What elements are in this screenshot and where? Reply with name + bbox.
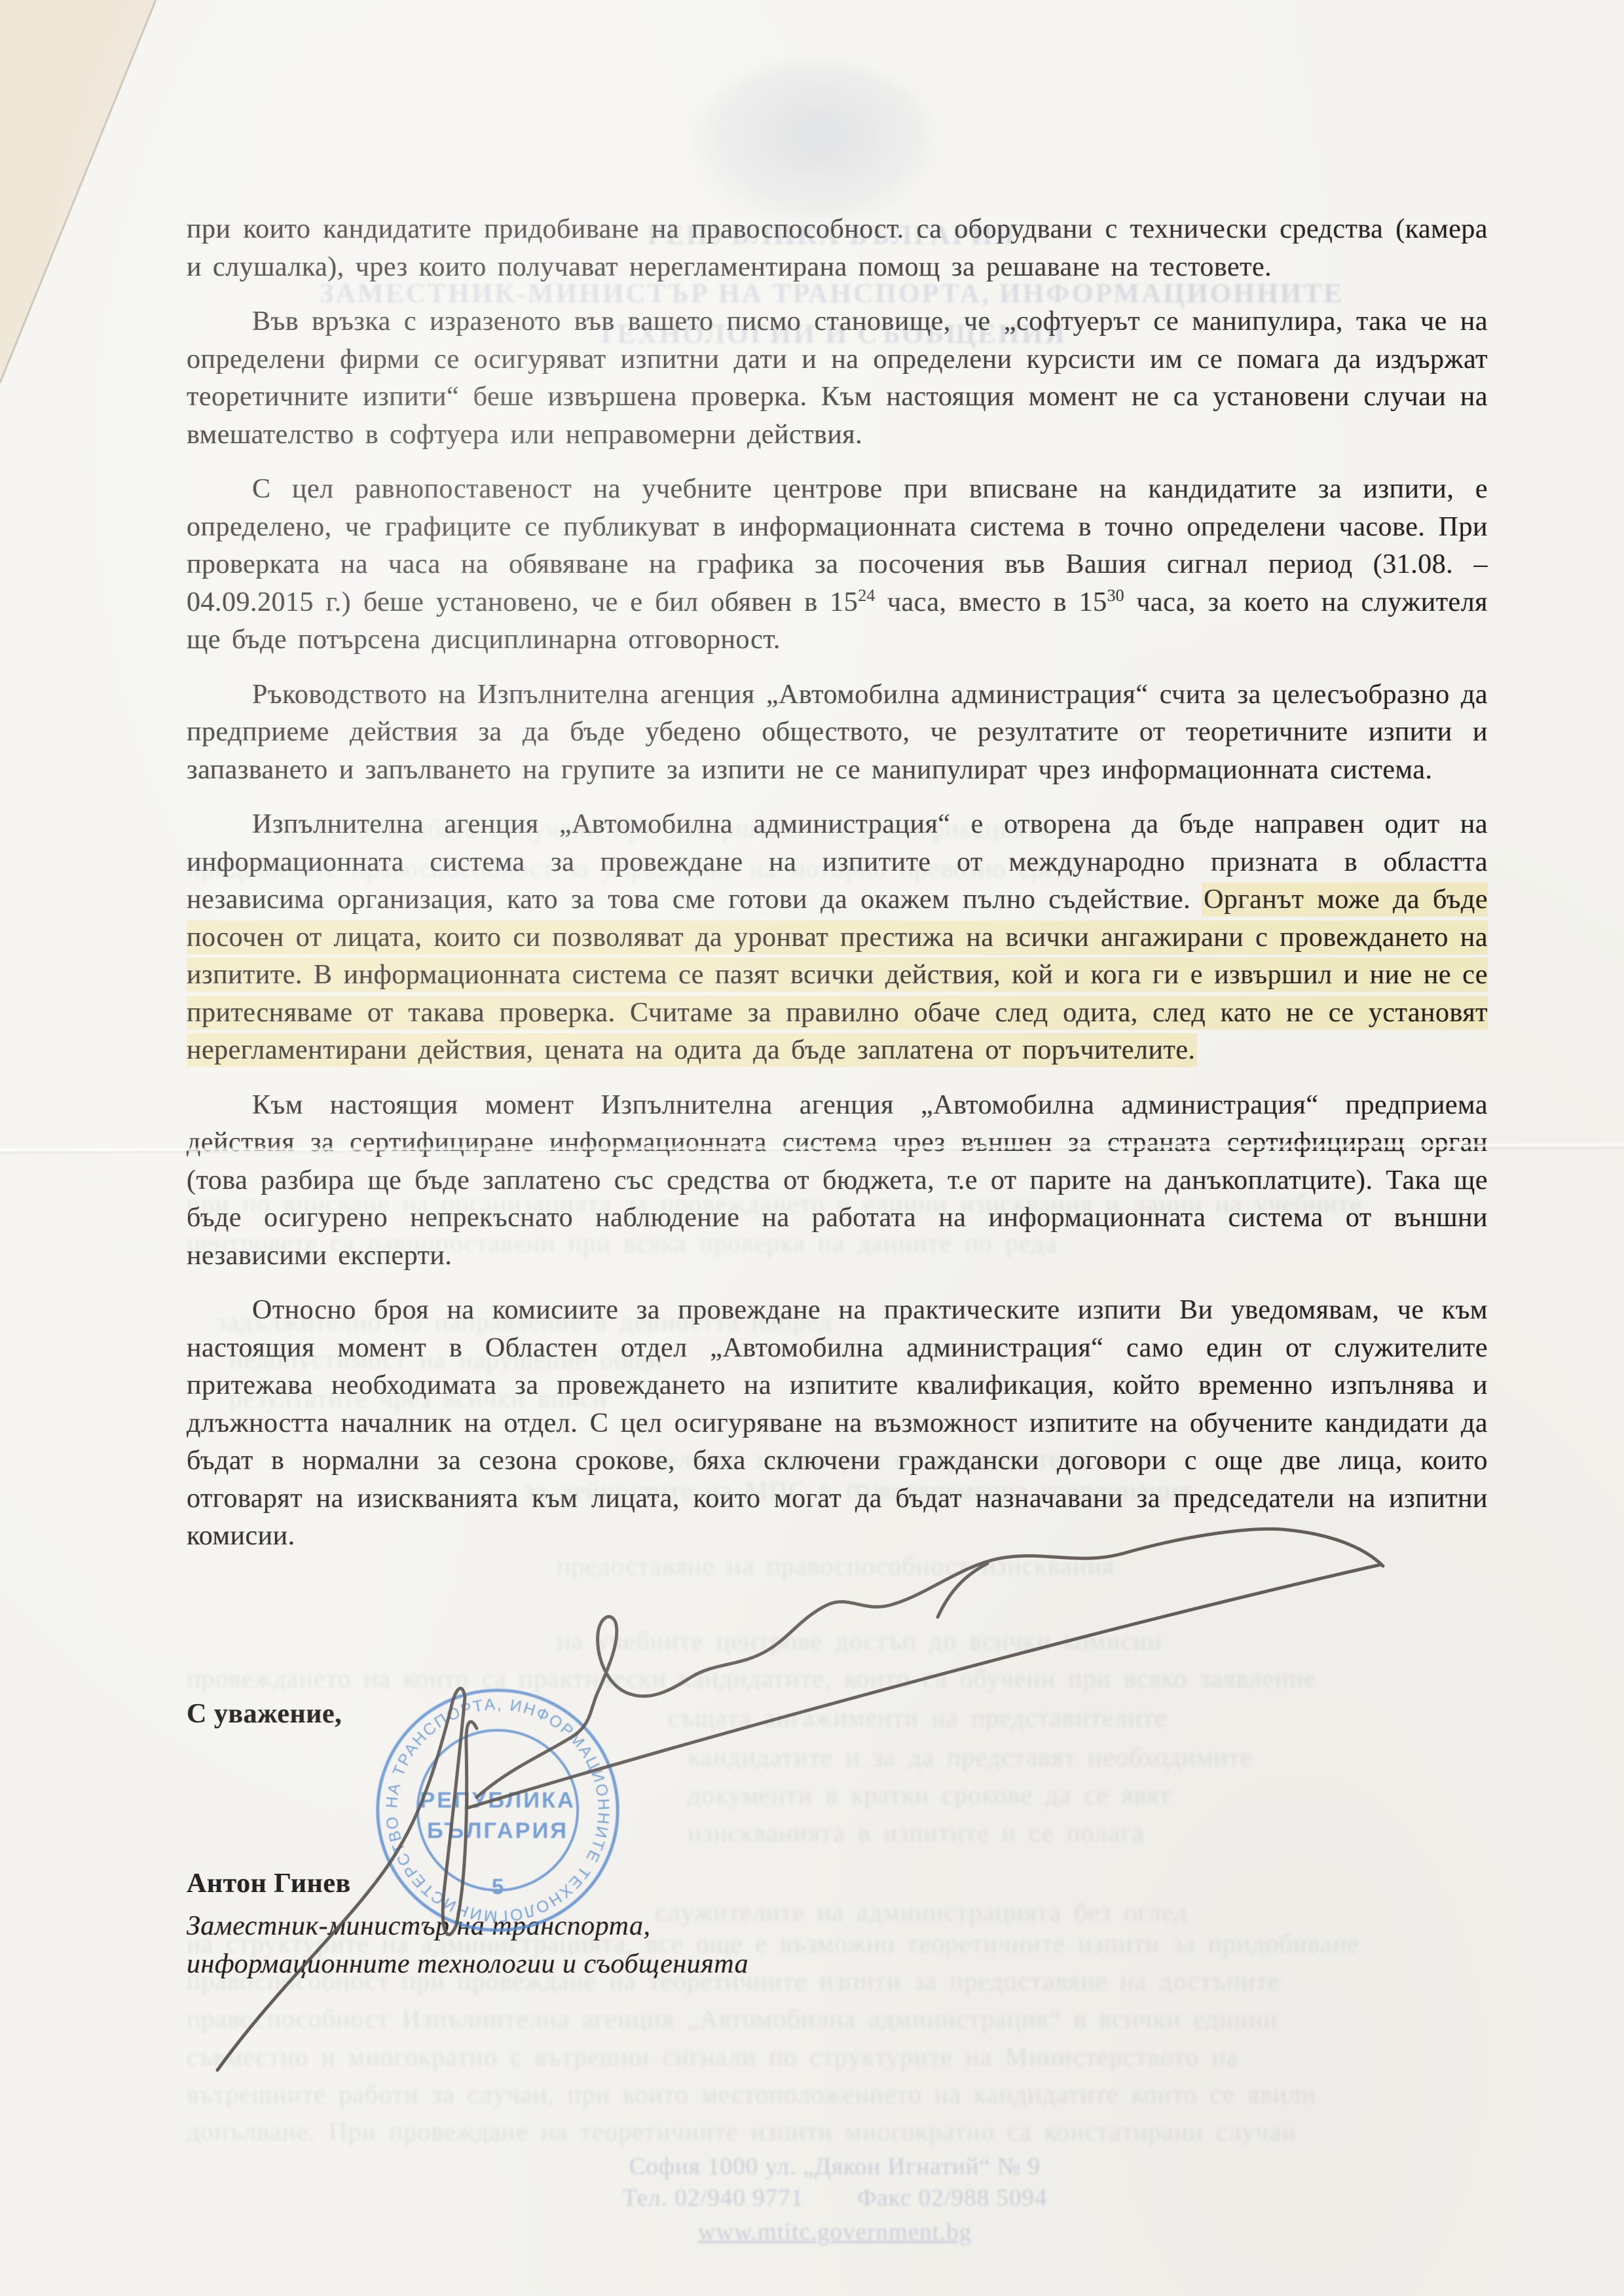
bleedthrough-line: изискванията в изпитите и се полага (688, 1817, 1506, 1848)
bleedthrough-line: същата ангажименти на представителите (668, 1702, 1519, 1733)
paragraph: Ръководството на Изпълнителна агенция „А… (187, 676, 1488, 790)
paragraph: Към настоящия момент Изпълнителна агенци… (187, 1087, 1488, 1275)
paragraph: Изпълнителна агенция „Автомобилна админи… (187, 806, 1488, 1070)
closing-salutation: С уважение, (187, 1698, 342, 1730)
stamp-number: 5 (492, 1875, 504, 1899)
bleedthrough-line: кандидатите и за да представят необходим… (688, 1741, 1539, 1772)
signatory-name: Антон Гинев (187, 1868, 351, 1899)
bleedthrough-line: съвместно и многократно с вътрешни сигна… (187, 2041, 1486, 2072)
stamp-center-line2: БЪЛГАРИЯ (427, 1818, 568, 1843)
highlighted-text: Органът може да бъде посочен от лицата, … (187, 884, 1488, 1065)
ghost-footer-line: София 1000 ул. „Дякон Игнатий“ № 9 (629, 2153, 1041, 2181)
bleedthrough-line: правоспособност Изпълнителна агенция „Ав… (187, 2003, 1486, 2034)
bleedthrough-line: вътрешните работи за случаи, при които м… (187, 2079, 1486, 2109)
signatory-title-line2: информационните технологии и съобщенията (187, 1948, 748, 1980)
letter-body: при които кандидатите придобиване на пра… (187, 211, 1488, 1573)
ghost-footer-line: Тел. 02/940 9771 Факс 02/988 5094 (622, 2184, 1047, 2212)
scanned-letter-page: РЕПУБЛИКА БЪЛГАРИЯЗАМЕСТНИК-МИНИСТЪР НА … (0, 0, 1624, 2296)
folded-corner-artifact (0, 0, 196, 406)
paragraph: Във връзка с изразеното във вашето писмо… (187, 303, 1488, 454)
bleedthrough-line: служителите на администрацията без оглед (655, 1897, 1506, 1927)
paragraph: С цел равнопоставеност на учебните центр… (187, 471, 1488, 659)
superscript: 24 (858, 586, 875, 605)
ministry-round-stamp: МИНИСТЕРСТВО НА ТРАНСПОРТА, ИНФОРМАЦИОНН… (369, 1681, 627, 1939)
ghost-footer-line: www.mtitc.government.bg (698, 2218, 972, 2246)
bleedthrough-line: допълване. При провеждане на теоретичнит… (187, 2116, 1486, 2147)
superscript: 30 (1107, 586, 1124, 605)
paragraph: Относно броя на комисиите за провеждане … (187, 1292, 1488, 1556)
fold-triangle (0, 0, 156, 383)
paragraph: при които кандидатите придобиване на пра… (187, 211, 1488, 286)
coat-of-arms-watermark (691, 62, 940, 226)
bleedthrough-line: документи в кратки срокове да се явят (688, 1779, 1506, 1810)
stamp-center-line1: РЕПУБЛИКА (420, 1788, 576, 1813)
fold-edge-line (0, 0, 156, 383)
bleedthrough-line: на учебните центрове достъп до всички ко… (557, 1626, 1486, 1656)
